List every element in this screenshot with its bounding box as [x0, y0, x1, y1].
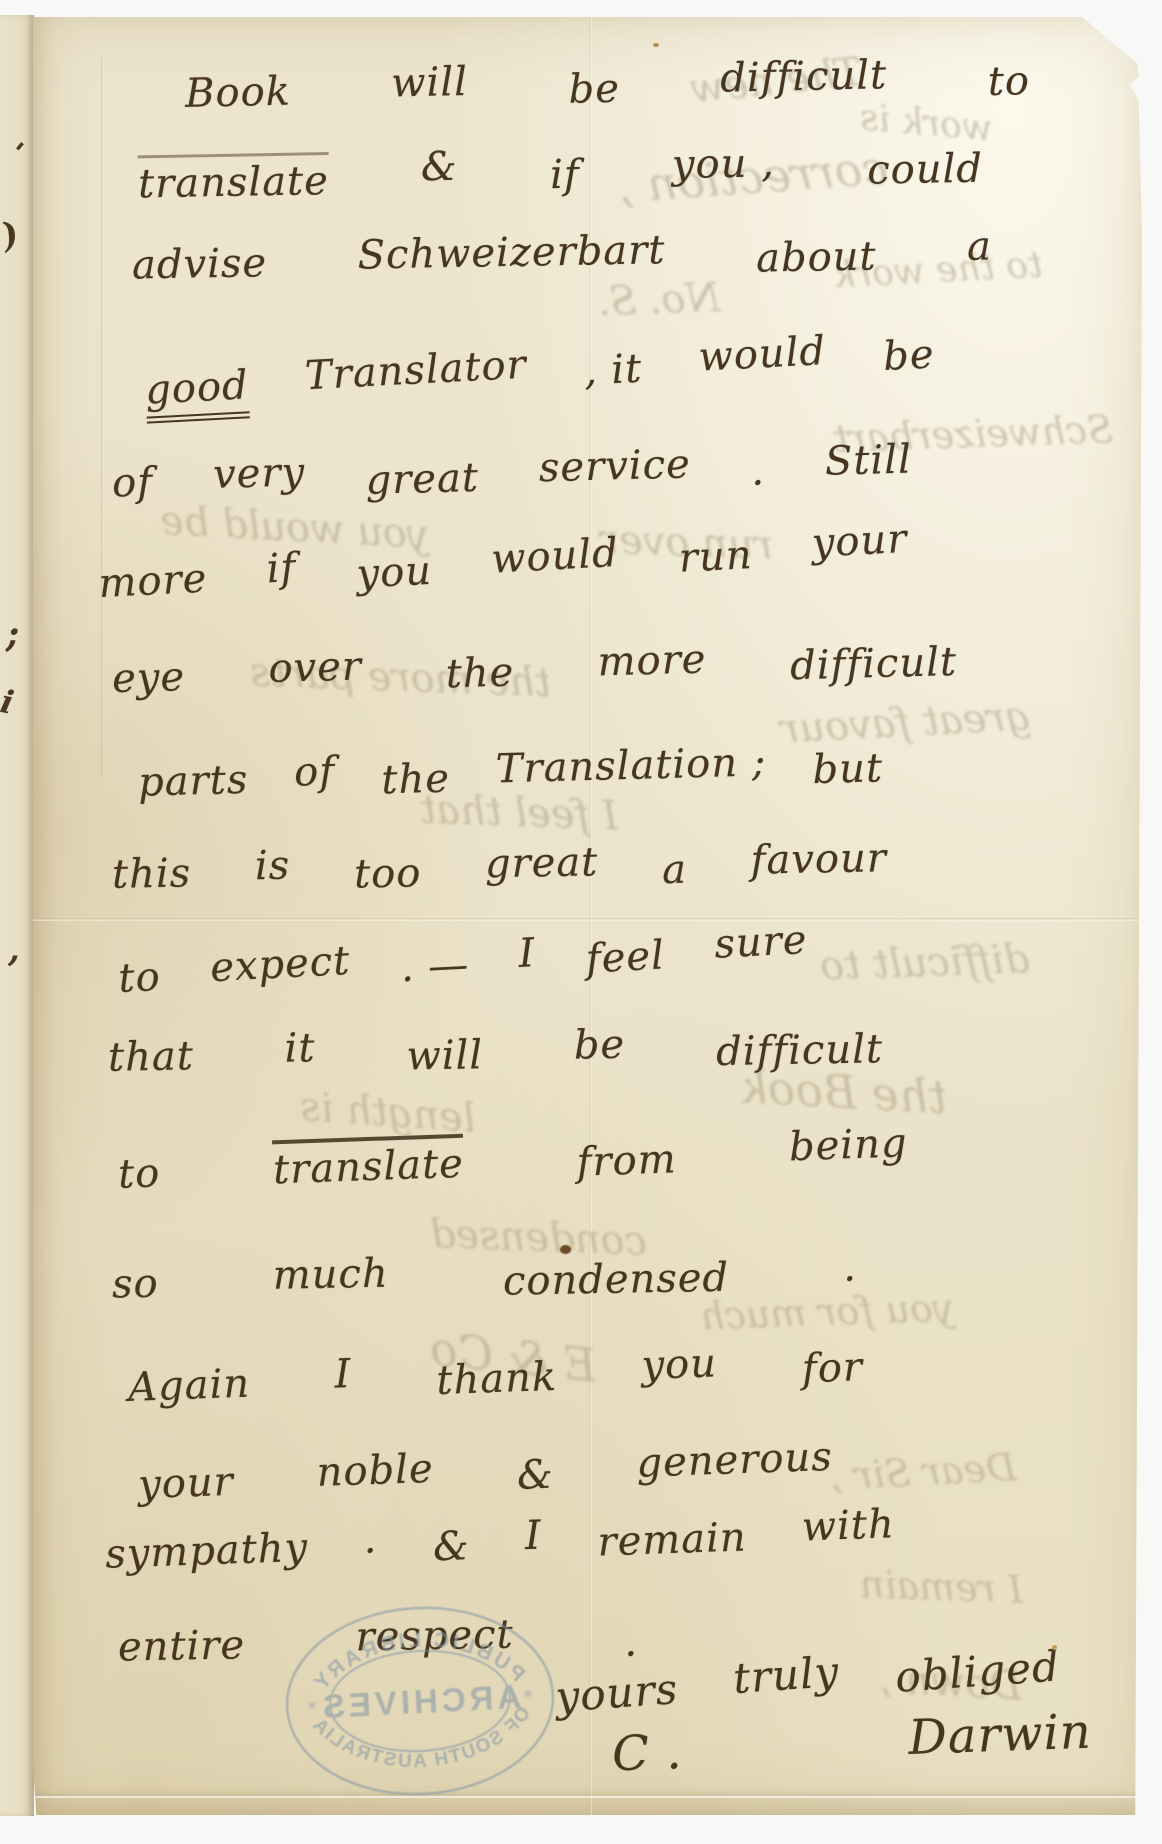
word: be — [568, 66, 620, 113]
word: so — [112, 1261, 159, 1308]
word: Again — [127, 1361, 250, 1411]
word: . — [363, 1516, 378, 1562]
word: your — [811, 516, 909, 567]
word: I — [517, 930, 536, 977]
letter-line: partsoftheTranslation ;but — [138, 740, 884, 805]
word: much — [272, 1251, 389, 1299]
word: sympathy — [104, 1525, 308, 1578]
word: condensed — [503, 1255, 730, 1305]
word: I — [334, 1351, 352, 1398]
word: to — [987, 58, 1030, 105]
word: Darwin — [907, 1704, 1092, 1766]
word: about — [756, 234, 877, 282]
word: more — [97, 556, 208, 608]
word: but — [812, 745, 884, 793]
word: to — [117, 954, 162, 1002]
word: great — [365, 455, 479, 504]
word: eye — [112, 654, 186, 702]
word: very — [213, 449, 306, 497]
word: with — [801, 1501, 895, 1550]
word: will — [391, 59, 469, 107]
word: parts — [138, 757, 249, 806]
adjacent-page-ink: i — [0, 682, 17, 722]
word: difficult — [790, 639, 958, 689]
word: truly — [731, 1647, 840, 1703]
letter-page: The new work is correction , No. S. to t… — [33, 17, 1143, 1815]
word: more — [597, 637, 707, 686]
letter-line: thisistoogreatafavour — [112, 838, 888, 898]
stamp-center-text: ARCHIVES — [318, 1678, 522, 1726]
word: . — [624, 1619, 639, 1665]
word: thank — [436, 1354, 558, 1404]
paper-speck — [1052, 1645, 1057, 1650]
word: a — [967, 223, 993, 269]
word: for — [801, 1344, 864, 1392]
adjacent-page-ink: ) — [0, 214, 23, 257]
word: & — [421, 144, 459, 197]
word: of — [294, 749, 336, 796]
word: & — [516, 1452, 554, 1499]
adjacent-page-ink: ' — [0, 136, 29, 169]
stamp-left-star: * — [523, 1687, 533, 1708]
word: generous — [636, 1434, 834, 1487]
word: good — [144, 362, 250, 423]
word: great — [485, 839, 599, 887]
word: would — [490, 530, 620, 583]
word: entire — [118, 1622, 246, 1670]
word: a — [662, 847, 688, 893]
fold-crease-horizontal — [33, 918, 1143, 921]
word: from — [576, 1136, 678, 1192]
word: service — [538, 441, 691, 491]
word: it — [284, 1025, 316, 1072]
word: to — [117, 1150, 161, 1204]
letter-line: translate&ifyou ,could — [138, 141, 984, 208]
word: you — [641, 1340, 718, 1389]
letter-line: totranslatefrombeing — [117, 1124, 908, 1205]
word: being — [788, 1120, 908, 1177]
word: difficult — [716, 1026, 884, 1075]
letter-line: toexpect. —Ifeelsure — [117, 920, 808, 1002]
fold-crease-bottom — [33, 1796, 1143, 1798]
word: & — [432, 1523, 470, 1570]
word: you — [355, 548, 433, 598]
word: feel — [585, 932, 666, 982]
word: be — [882, 331, 936, 390]
word: . — — [399, 942, 470, 992]
word: if — [550, 152, 581, 205]
archive-stamp-graphic: PUBLIC LIBRARY OF SOUTH AUSTRALIA ARCHIV… — [275, 1594, 565, 1808]
word: expect — [209, 938, 351, 991]
word: . — [751, 448, 766, 494]
word: noble — [316, 1446, 434, 1496]
word: sure — [713, 917, 808, 968]
word: could — [867, 146, 984, 200]
bleed-through-text: Dear Sir , — [829, 1445, 1017, 1499]
word: that — [108, 1033, 195, 1080]
adjacent-page-ink: ; — [6, 613, 19, 655]
bleed-through-text: I remain — [859, 1562, 1023, 1612]
word: Translation ; — [495, 739, 767, 792]
word: favour — [750, 835, 887, 883]
word: remain — [597, 1514, 748, 1565]
word: obliged — [894, 1641, 1062, 1701]
letter-line: yournoble&generous — [137, 1438, 833, 1508]
letter-line: ofverygreatservice.Still — [112, 440, 913, 507]
word: be — [573, 1022, 625, 1069]
word: of — [112, 459, 154, 506]
word: Schweizerbart — [357, 227, 666, 278]
word: translate — [272, 1134, 464, 1194]
word: Translator — [304, 342, 528, 410]
scanned-letter-image: ' ) ; i , The new work is correction , N… — [0, 0, 1162, 1844]
word: Book — [185, 69, 292, 117]
word: , it — [583, 346, 644, 405]
word: if — [265, 545, 297, 592]
word: advise — [132, 240, 268, 288]
letter-line: goodTranslator, itwouldbe — [144, 326, 936, 423]
word: C . — [611, 1724, 683, 1782]
signature: C .Darwin — [611, 1710, 1093, 1783]
word: is — [254, 843, 290, 890]
margin-rule-line — [101, 57, 102, 777]
word: over — [268, 644, 363, 692]
word: I — [524, 1513, 542, 1560]
word: too — [354, 850, 422, 897]
ink-blot — [560, 1245, 571, 1254]
word: difficult — [720, 52, 888, 101]
archive-stamp: PUBLIC LIBRARY OF SOUTH AUSTRALIA ARCHIV… — [275, 1594, 565, 1808]
word: . — [843, 1245, 858, 1291]
paper-speck — [653, 43, 659, 47]
word: will — [406, 1032, 483, 1079]
word: would — [697, 328, 827, 391]
bleed-through-text: difficult to — [819, 936, 1030, 989]
adjacent-page-ink: , — [8, 930, 20, 970]
word: this — [112, 850, 192, 897]
word: you , — [672, 140, 776, 194]
word: run — [678, 532, 754, 582]
bleed-through-text: No. S. — [597, 275, 721, 325]
word: the — [381, 756, 451, 804]
letter-line: sympathy.&Iremainwith — [104, 1504, 895, 1578]
stamp-right-star: * — [307, 1698, 317, 1719]
letter-line: thatitwillbedifficult — [108, 1021, 884, 1081]
word: the — [445, 650, 515, 698]
letter-line: adviseSchweizerbartabouta — [132, 227, 993, 288]
word: yours — [554, 1664, 680, 1721]
word: your — [137, 1459, 234, 1508]
word: translate — [138, 152, 330, 207]
word: Still — [824, 437, 912, 485]
adjacent-page-sliver: ' ) ; i , — [0, 15, 34, 1816]
